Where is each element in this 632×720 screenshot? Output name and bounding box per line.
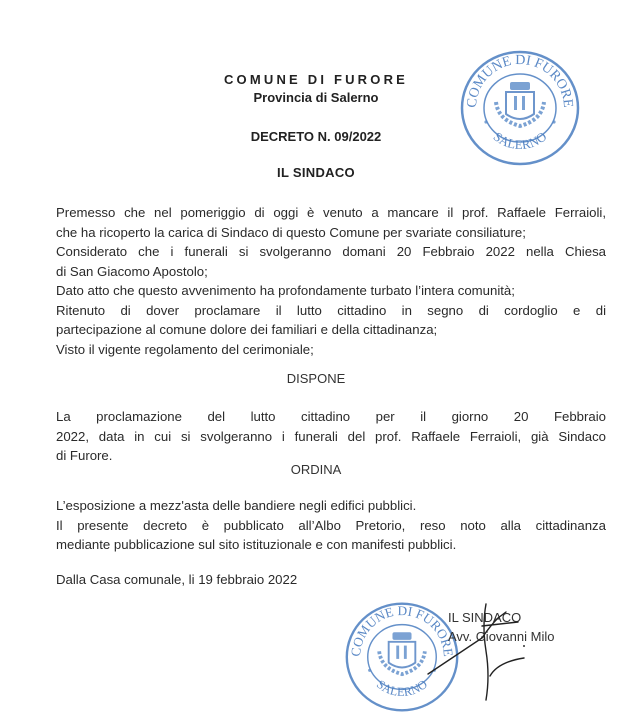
dispone-line: La proclamazione del lutto cittadino per… — [56, 407, 606, 427]
ordina-line: Il presente decreto è pubblicato all’Alb… — [56, 516, 606, 536]
ordina-block: L’esposizione a mezz'asta delle bandiere… — [56, 496, 606, 555]
premise-line: partecipazione al comune dolore dei fami… — [56, 320, 606, 340]
dispone-heading: DISPONE — [0, 371, 632, 386]
premise-line: Ritenuto di dover proclamare il lutto ci… — [56, 301, 606, 321]
official-stamp-top: COMUNE DI FURORE SALERNO — [456, 46, 584, 170]
premise-line: Dato atto che questo avvenimento ha prof… — [56, 281, 606, 301]
ordina-line: mediante pubblicazione sul sito istituzi… — [56, 535, 606, 555]
place-date: Dalla Casa comunale, li 19 febbraio 2022 — [56, 570, 606, 590]
premise-line: che ha ricoperto la carica di Sindaco di… — [56, 223, 606, 243]
handwritten-signature — [420, 596, 540, 706]
svg-text:COMUNE DI FURORE: COMUNE DI FURORE — [465, 53, 575, 108]
municipal-seal-icon: COMUNE DI FURORE SALERNO — [456, 46, 584, 170]
premises-block: Premesso che nel pomeriggio di oggi è ve… — [56, 203, 606, 359]
svg-text:SALERNO: SALERNO — [491, 129, 550, 152]
dispone-line: 2022, data in cui si svolgeranno i funer… — [56, 427, 606, 447]
ordina-heading: ORDINA — [0, 462, 632, 477]
ordina-line: L’esposizione a mezz'asta delle bandiere… — [56, 496, 606, 516]
premise-line: Considerato che i funerali si svolgerann… — [56, 242, 606, 262]
premise-line: Premesso che nel pomeriggio di oggi è ve… — [56, 203, 606, 223]
dispone-block: La proclamazione del lutto cittadino per… — [56, 407, 606, 466]
premise-line: di San Giacomo Apostolo; — [56, 262, 606, 282]
premise-line: Visto il vigente regolamento del cerimon… — [56, 340, 606, 360]
